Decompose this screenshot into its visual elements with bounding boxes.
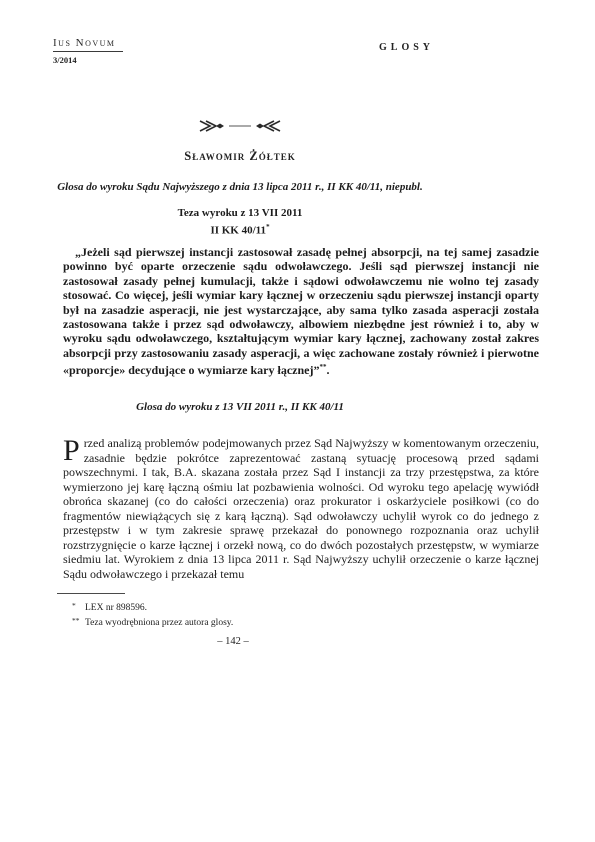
drop-cap: P xyxy=(63,436,84,463)
section-heading: GLOSY xyxy=(379,42,434,53)
header-left: Ius Novum 3/2014 xyxy=(53,37,123,65)
quote-footnote-mark: ** xyxy=(320,363,327,371)
thesis-heading: Teza wyroku z 13 VII 2011 II KK 40/11* xyxy=(0,206,480,238)
journal-name: Ius Novum xyxy=(53,37,123,52)
journal-page: Ius Novum 3/2014 GLOSY Sławomir Żółtek G… xyxy=(0,0,595,842)
body-paragraph: Przed analizą problemów podejmowanych pr… xyxy=(63,436,539,581)
ornament-divider-icon xyxy=(198,119,282,133)
footnote-item: **Teza wyodrębniona przez autora glosy. xyxy=(57,615,477,630)
thesis-case-number: II KK 40/11 xyxy=(210,225,266,237)
thesis-heading-line1: Teza wyroku z 13 VII 2011 xyxy=(0,206,480,220)
footnote-item: *LEX nr 898596. xyxy=(57,600,477,615)
issue-number: 3/2014 xyxy=(53,55,123,65)
footnote-mark: * xyxy=(72,600,85,613)
page-number: – 142 – xyxy=(0,636,466,647)
gloss-subtitle: Glosa do wyroku z 13 VII 2011 r., II KK … xyxy=(0,401,480,413)
footnote-separator xyxy=(57,593,125,594)
author-name: Sławomir Żółtek xyxy=(0,149,480,164)
thesis-heading-line2: II KK 40/11* xyxy=(0,220,480,238)
thesis-footnote-mark: * xyxy=(266,223,270,231)
footnote-text: LEX nr 898596. xyxy=(85,603,147,613)
quote-end-punctuation: . xyxy=(327,363,330,377)
ornament-row xyxy=(0,117,480,135)
footnotes: *LEX nr 898596. **Teza wyodrębniona prze… xyxy=(57,600,477,629)
body-paragraph-text: rzed analizą problemów podejmowanych prz… xyxy=(63,436,539,581)
footnote-mark: ** xyxy=(72,615,85,628)
thesis-quote-paragraph: „Jeżeli sąd pierwszej instancji zastosow… xyxy=(63,245,539,378)
article-title: Glosa do wyroku Sądu Najwyższego z dnia … xyxy=(0,181,480,193)
footnote-text: Teza wyodrębniona przez autora glosy. xyxy=(85,618,233,628)
thesis-quote-text: „Jeżeli sąd pierwszej instancji zastosow… xyxy=(63,245,539,377)
